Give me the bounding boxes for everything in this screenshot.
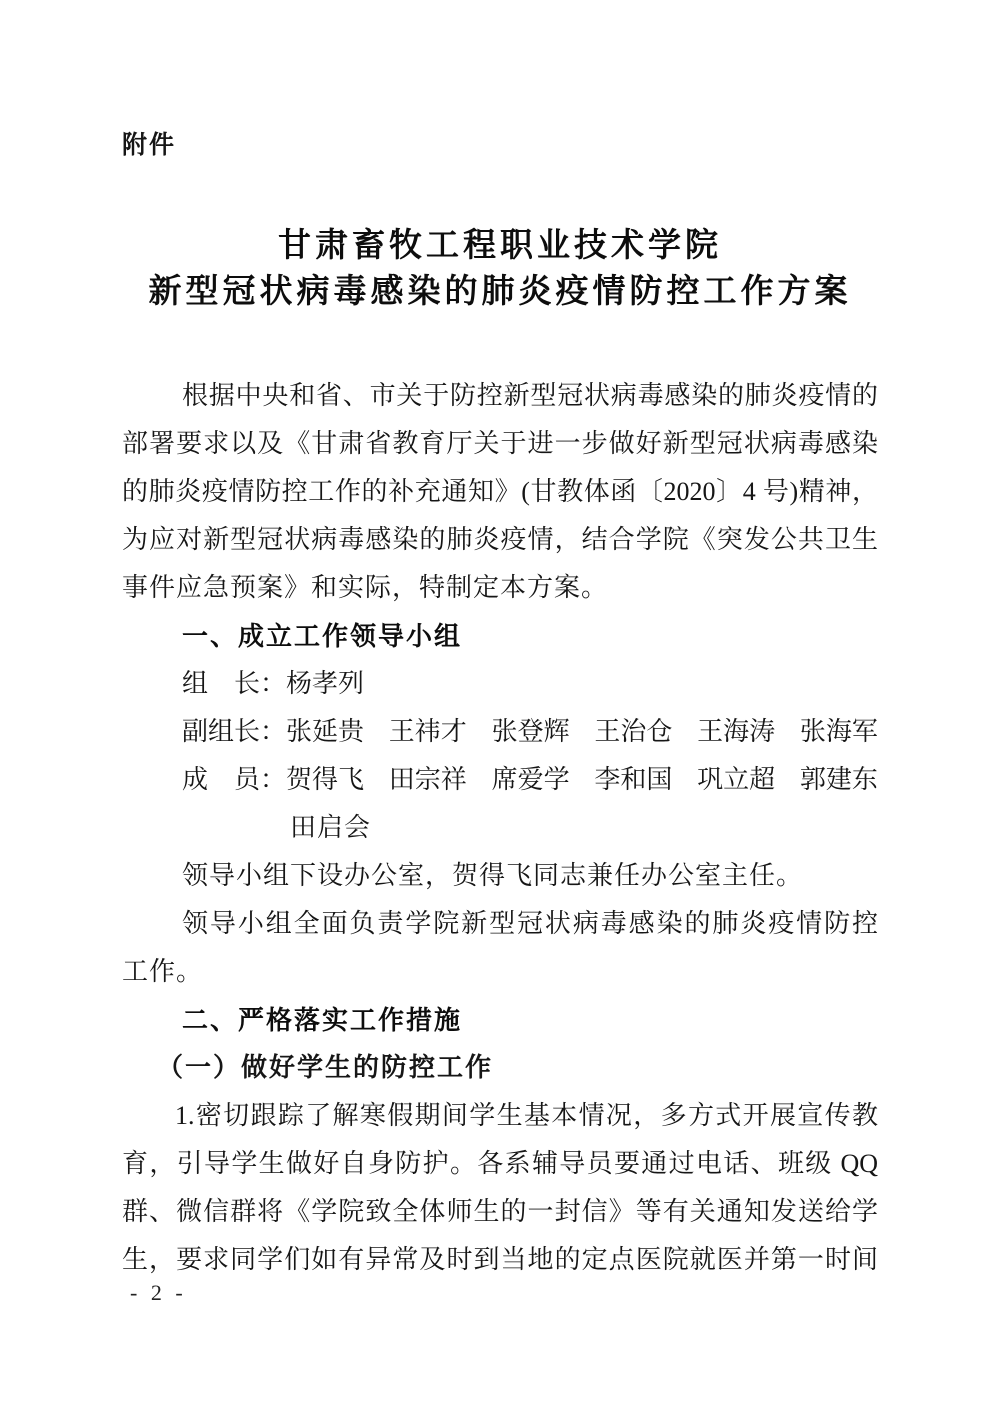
- item1-line-2: 育，引导学生做好自身防护。各系辅导员要通过电话、班级 QQ: [122, 1140, 878, 1188]
- leader-name: 王海涛: [697, 708, 775, 756]
- office-line: 领导小组下设办公室，贺得飞同志兼任办公室主任。: [122, 852, 878, 900]
- item1-line-4: 生，要求同学们如有异常及时到当地的定点医院就医并第一时间: [122, 1236, 878, 1284]
- intro-line-1: 根据中央和省、市关于防控新型冠状病毒感染的肺炎疫情的: [122, 372, 878, 420]
- intro-line-3: 的肺炎疫情防控工作的补充通知》(甘教体函〔2020〕4 号)精神，: [122, 468, 878, 516]
- leader-label-deputy: 副组长：: [182, 708, 286, 756]
- leader-label-head: 组 长：: [182, 660, 286, 708]
- document-body: 根据中央和省、市关于防控新型冠状病毒感染的肺炎疫情的 部署要求以及《甘肃省教育厅…: [122, 372, 878, 1284]
- leader-name: 李和国: [594, 756, 672, 804]
- leader-names-deputy: 张延贵 王祎才 张登辉 王治仓 王海涛 张海军: [286, 708, 878, 756]
- leader-name: 席爱学: [492, 756, 570, 804]
- document-content: 附件 甘肃畜牧工程职业技术学院 新型冠状病毒感染的肺炎疫情防控工作方案 根据中央…: [122, 0, 878, 1284]
- intro-line-5: 事件应急预案》和实际，特制定本方案。: [122, 564, 878, 612]
- section2-heading: 二、严格落实工作措施: [122, 996, 878, 1044]
- intro-line-2: 部署要求以及《甘肃省教育厅关于进一步做好新型冠状病毒感染: [122, 420, 878, 468]
- leader-name: 田宗祥: [389, 756, 467, 804]
- title-line-2: 新型冠状病毒感染的肺炎疫情防控工作方案: [122, 268, 878, 314]
- leader-names-head: 杨孝列: [286, 660, 878, 708]
- page-number: - 2 -: [130, 1280, 187, 1306]
- leader-row-members: 成 员： 贺得飞 田宗祥 席爱学 李和国 巩立超 郭建东: [122, 756, 878, 804]
- leader-name: 巩立超: [697, 756, 775, 804]
- leader-name: 王治仓: [594, 708, 672, 756]
- document-title: 甘肃畜牧工程职业技术学院 新型冠状病毒感染的肺炎疫情防控工作方案: [122, 222, 878, 314]
- leader-name: 王祎才: [389, 708, 467, 756]
- leader-name: 杨孝列: [286, 660, 364, 708]
- leader-name: 贺得飞: [286, 756, 364, 804]
- leader-name: 张延贵: [286, 708, 364, 756]
- leader-label-members: 成 员：: [182, 756, 286, 804]
- item1-line-3: 群、微信群将《学院致全体师生的一封信》等有关通知发送给学: [122, 1188, 878, 1236]
- leader-members-continuation: 田启会: [122, 804, 878, 852]
- duty-line-2: 工作。: [122, 948, 878, 996]
- title-line-1: 甘肃畜牧工程职业技术学院: [122, 222, 878, 268]
- leader-names-members: 贺得飞 田宗祥 席爱学 李和国 巩立超 郭建东: [286, 756, 878, 804]
- section2-sub-heading: （一）做好学生的防控工作: [122, 1044, 878, 1092]
- section1-heading: 一、成立工作领导小组: [122, 612, 878, 660]
- intro-line-4: 为应对新型冠状病毒感染的肺炎疫情，结合学院《突发公共卫生: [122, 516, 878, 564]
- leader-row-deputy: 副组长： 张延贵 王祎才 张登辉 王治仓 王海涛 张海军: [122, 708, 878, 756]
- leader-name: 郭建东: [800, 756, 878, 804]
- attachment-label: 附件: [122, 126, 878, 164]
- document-page: 附件 甘肃畜牧工程职业技术学院 新型冠状病毒感染的肺炎疫情防控工作方案 根据中央…: [0, 0, 1000, 1415]
- duty-line-1: 领导小组全面负责学院新型冠状病毒感染的肺炎疫情防控: [122, 900, 878, 948]
- leader-row-head: 组 长： 杨孝列: [122, 660, 878, 708]
- leader-name: 张海军: [800, 708, 878, 756]
- leader-name: 张登辉: [492, 708, 570, 756]
- item1-line-1: 1.密切跟踪了解寒假期间学生基本情况，多方式开展宣传教: [122, 1092, 878, 1140]
